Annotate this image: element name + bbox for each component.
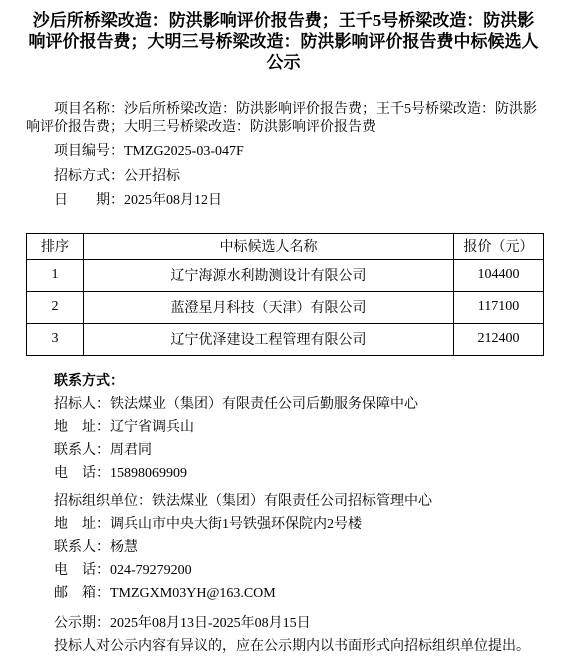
project-name-label: 项目名称： [54,102,124,117]
publicity-period-value: 2025年08月13日-2025年08月15日 [110,616,311,631]
organizer-address-label: 地 址： [54,517,110,532]
candidate-name-cell: 辽宁优泽建设工程管理有限公司 [84,323,454,355]
organizer-email-value: TMZGXM03YH@163.COM [110,586,276,601]
tenderer-contact-person-label: 联系人： [54,443,110,458]
footer-section: 公示期：2025年08月13日-2025年08月15日 投标人对公示内容有异议的… [26,612,541,658]
tenderer-contact-person-value: 周君同 [110,443,152,458]
header-rank: 排序 [27,233,84,259]
candidates-table: 排序 中标候选人名称 报价（元） 1 辽宁海源水利勘测设计有限公司 104400… [26,233,544,356]
organizer-contact-person-line: 联系人：杨慧 [26,536,541,559]
project-name-line: 项目名称：沙后所桥梁改造：防洪影响评价报告费；王千5号桥梁改造：防洪影响评价报告… [26,101,541,136]
tenderer-contact-person-line: 联系人：周君同 [26,439,541,462]
table-header-row: 排序 中标候选人名称 报价（元） [27,233,544,259]
contact-section: 联系方式： 招标人：铁法煤业（集团）有限责任公司后勤服务保障中心 地 址：辽宁省… [26,370,541,605]
header-candidate-name: 中标候选人名称 [84,233,454,259]
organizer-address-value: 调兵山市中央大街1号铁强环保院内2号楼 [110,517,362,532]
project-number-value: TMZG2025-03-047F [124,144,244,159]
price-cell: 212400 [454,323,544,355]
project-number-line: 项目编号：TMZG2025-03-047F [26,143,541,161]
price-cell: 117100 [454,291,544,323]
table-row: 3 辽宁优泽建设工程管理有限公司 212400 [27,323,544,355]
project-meta: 项目名称：沙后所桥梁改造：防洪影响评价报告费；王千5号桥梁改造：防洪影响评价报告… [26,101,541,210]
publicity-period-label: 公示期： [54,616,110,631]
contact-heading: 联系方式： [26,370,541,393]
organizer-label: 招标组织单位： [54,494,152,509]
tenderer-label: 招标人： [54,397,110,412]
rank-cell: 1 [27,259,84,291]
tenderer-address-value: 辽宁省调兵山 [110,420,194,435]
date-label: 日 期： [54,193,124,208]
tenderer-address-label: 地 址： [54,420,110,435]
tenderer-phone-value: 15898069909 [110,466,187,481]
organizer-address-line: 地 址：调兵山市中央大街1号铁强环保院内2号楼 [26,513,541,536]
bid-method-line: 招标方式：公开招标 [26,168,541,186]
organizer-phone-label: 电 话： [54,563,110,578]
date-line: 日 期：2025年08月12日 [26,192,541,210]
organizer-contact-person-value: 杨慧 [110,540,138,555]
project-number-label: 项目编号： [54,144,124,159]
price-cell: 104400 [454,259,544,291]
table-row: 2 蓝澄星月科技（天津）有限公司 117100 [27,291,544,323]
rank-cell: 2 [27,291,84,323]
bid-method-label: 招标方式： [54,169,124,184]
organizer-email-line: 邮 箱：TMZGXM03YH@163.COM [26,582,541,605]
table-row: 1 辽宁海源水利勘测设计有限公司 104400 [27,259,544,291]
bid-method-value: 公开招标 [124,169,180,184]
header-price: 报价（元） [454,233,544,259]
bid-announcement-document: 沙后所桥梁改造：防洪影响评价报告费；王千5号桥梁改造：防洪影响评价报告费；大明三… [0,0,561,659]
organizer-block: 招标组织单位：铁法煤业（集团）有限责任公司招标管理中心 地 址：调兵山市中央大街… [26,490,541,605]
publicity-period-line: 公示期：2025年08月13日-2025年08月15日 [26,612,541,635]
tenderer-phone-line: 电 话：15898069909 [26,462,541,485]
candidate-name-cell: 蓝澄星月科技（天津）有限公司 [84,291,454,323]
page-title: 沙后所桥梁改造：防洪影响评价报告费；王千5号桥梁改造：防洪影响评价报告费；大明三… [28,10,539,73]
organizer-contact-person-label: 联系人： [54,540,110,555]
tenderer-value: 铁法煤业（集团）有限责任公司后勤服务保障中心 [110,397,418,412]
organizer-phone-value: 024-79279200 [110,563,192,578]
tenderer-phone-label: 电 话： [54,466,110,481]
objection-note-line: 投标人对公示内容有异议的，应在公示期内以书面形式向招标组织单位提出。 [26,635,541,658]
tenderer-address-line: 地 址：辽宁省调兵山 [26,416,541,439]
organizer-phone-line: 电 话：024-79279200 [26,559,541,582]
date-value: 2025年08月12日 [124,193,222,208]
tenderer-block: 招标人：铁法煤业（集团）有限责任公司后勤服务保障中心 地 址：辽宁省调兵山 联系… [26,393,541,485]
organizer-email-label: 邮 箱： [54,586,110,601]
organizer-line: 招标组织单位：铁法煤业（集团）有限责任公司招标管理中心 [26,490,541,513]
organizer-value: 铁法煤业（集团）有限责任公司招标管理中心 [152,494,432,509]
candidate-name-cell: 辽宁海源水利勘测设计有限公司 [84,259,454,291]
tenderer-line: 招标人：铁法煤业（集团）有限责任公司后勤服务保障中心 [26,393,541,416]
rank-cell: 3 [27,323,84,355]
